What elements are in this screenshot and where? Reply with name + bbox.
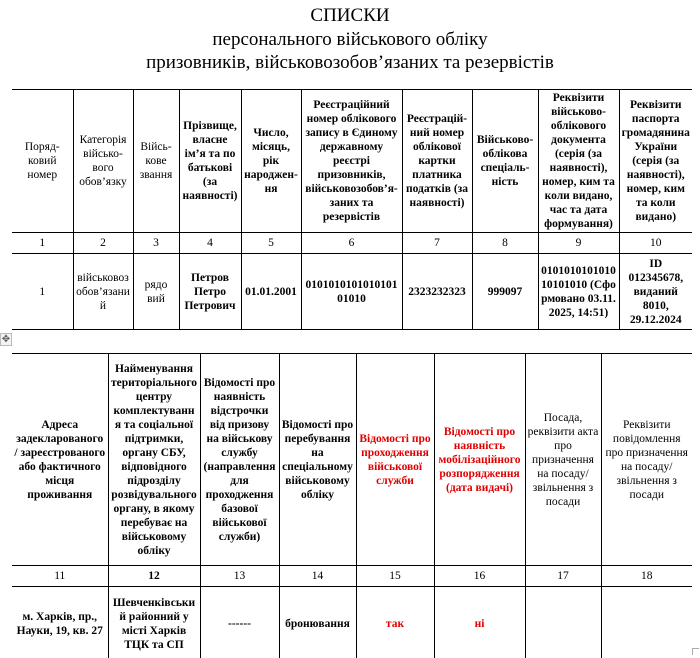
table-header-row: Адреса задекларованого / зареєстрованого… <box>12 354 692 566</box>
cell-registry-number[interactable]: 010101010101010101010 <box>301 254 402 330</box>
cell-special-registration[interactable]: бронювання <box>279 587 356 658</box>
column-number-row: 1 2 3 4 5 6 7 8 9 10 <box>12 233 692 254</box>
column-number: 14 <box>279 566 356 587</box>
document-subtitle-2: призовників, військовозобов’язаних та ре… <box>0 52 700 74</box>
column-number: 9 <box>538 233 619 254</box>
column-number: 17 <box>525 566 601 587</box>
column-number: 11 <box>12 566 108 587</box>
column-number: 7 <box>402 233 472 254</box>
column-number: 10 <box>619 233 692 254</box>
header-cell: Реквізити повідомлення про призначення н… <box>601 354 692 566</box>
column-number: 5 <box>241 233 301 254</box>
column-number: 12 <box>108 566 200 587</box>
header-cell: Реєстраційний номер облікового запису в … <box>301 90 402 233</box>
header-cell: Відомості про перебування на спеціальном… <box>279 354 356 566</box>
column-number: 3 <box>133 233 179 254</box>
personnel-table-part-2: Адреса задекларованого / зареєстрованого… <box>12 353 692 658</box>
document-subtitle-1: персонального військового обліку <box>0 29 700 51</box>
cell-passport[interactable]: ID 012345678, виданий 8010, 29.12.2024 <box>619 254 692 330</box>
header-cell: Адреса задекларованого / зареєстрованого… <box>12 354 108 566</box>
cell-position-act[interactable] <box>525 587 601 658</box>
header-cell: Реєстрацій-ний номер облікової картки пл… <box>402 90 472 233</box>
header-cell: Посада, реквізити акта про призначення н… <box>525 354 601 566</box>
column-number: 1 <box>12 233 73 254</box>
cell-index[interactable]: 1 <box>12 254 73 330</box>
table-row: м. Харків, пр., Науки, 19, кв. 27 Шевчен… <box>12 587 692 658</box>
cell-tck-name[interactable]: Шевченківський районний у місті Харків Т… <box>108 587 200 658</box>
cell-full-name[interactable]: Петров Петро Петрович <box>179 254 241 330</box>
column-number: 4 <box>179 233 241 254</box>
header-cell: Реквізити паспорта громадянина України (… <box>619 90 692 233</box>
personnel-table-part-1: Поряд-ковий номер Категорія військо-вого… <box>12 89 692 330</box>
header-cell: Відомості про проходження військової слу… <box>356 354 434 566</box>
column-number: 8 <box>472 233 538 254</box>
cell-specialty[interactable]: 999097 <box>472 254 538 330</box>
cell-address[interactable]: м. Харків, пр., Науки, 19, кв. 27 <box>12 587 108 658</box>
column-number: 18 <box>601 566 692 587</box>
column-number: 15 <box>356 566 434 587</box>
cell-position-notice[interactable] <box>601 587 692 658</box>
cell-mobilization-order[interactable]: ні <box>434 587 525 658</box>
cell-deferment[interactable]: ------ <box>200 587 279 658</box>
column-number: 2 <box>73 233 133 254</box>
column-number-row: 11 12 13 14 15 16 17 18 <box>12 566 692 587</box>
column-number: 6 <box>301 233 402 254</box>
header-cell: Число, місяць, рік народжен-ня <box>241 90 301 233</box>
cell-tax-number[interactable]: 2323232323 <box>402 254 472 330</box>
header-cell: Війсь-кове звання <box>133 90 179 233</box>
header-cell: Відомості про наявність відстрочки від п… <box>200 354 279 566</box>
table-move-handle-icon[interactable]: ✥ <box>0 333 12 346</box>
header-cell: Поряд-ковий номер <box>12 90 73 233</box>
document-title: СПИСКИ <box>0 5 700 27</box>
table-header-row: Поряд-ковий номер Категорія військо-вого… <box>12 90 692 233</box>
header-cell: Військово-облікова спеціаль-ність <box>472 90 538 233</box>
header-cell: Відомості про наявність мобілізаційного … <box>434 354 525 566</box>
header-cell: Найменування територіального центру комп… <box>108 354 200 566</box>
table-row: 1 військовозобов’язаний рядовий Петров П… <box>12 254 692 330</box>
cell-rank[interactable]: рядовий <box>133 254 179 330</box>
cell-category[interactable]: військовозобов’язаний <box>73 254 133 330</box>
cell-military-document[interactable]: 010101010101010101010 (Сформовано 03.11.… <box>538 254 619 330</box>
header-cell: Реквізити військово-облікового документа… <box>538 90 619 233</box>
header-cell: Категорія військо-вого обов’язку <box>73 90 133 233</box>
column-number: 16 <box>434 566 525 587</box>
header-cell: Прізвище, власне ім’я та по батькові (за… <box>179 90 241 233</box>
cell-military-service[interactable]: так <box>356 587 434 658</box>
column-number: 13 <box>200 566 279 587</box>
table-resize-handle-icon[interactable] <box>692 648 699 655</box>
cell-birth-date[interactable]: 01.01.2001 <box>241 254 301 330</box>
